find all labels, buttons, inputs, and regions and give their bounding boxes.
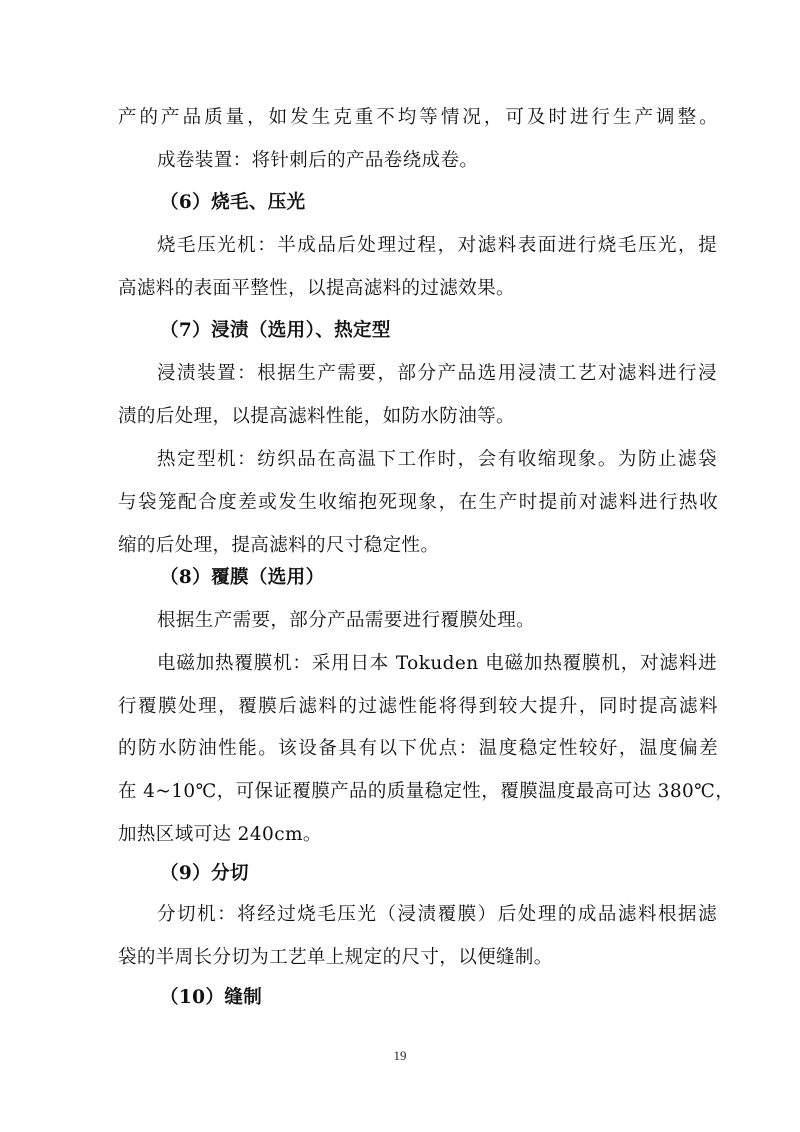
text-line: 与袋笼配合度差或发生收缩抱死现象，在生产时提前对滤料进行热收 [118, 491, 718, 515]
text-line: 电磁加热覆膜机：采用日本 Tokuden 电磁加热覆膜机，对滤料进 [157, 652, 717, 676]
text-line: 行覆膜处理，覆膜后滤料的过滤性能将得到较大提升，同时提高滤料 [118, 695, 718, 719]
text-line: 热定型机：纺织品在高温下工作时，会有收缩现象。为防止滤袋 [157, 448, 717, 472]
section-heading: （8）覆膜（选用） [160, 566, 800, 590]
section-heading: （10）缝制 [160, 986, 800, 1010]
text-line: 产的产品质量，如发生克重不均等情况，可及时进行生产调整。 [118, 106, 718, 130]
text-line: 根据生产需要，部分产品需要进行覆膜处理。 [157, 609, 717, 633]
text-line: 的防水防油性能。该设备具有以下优点：温度稳定性较好，温度偏差 [118, 737, 718, 761]
document-page: 产的产品质量，如发生克重不均等情况，可及时进行生产调整。 成卷装置：将针刺后的产… [0, 0, 800, 1132]
text-line: 浸渍装置：根据生产需要，部分产品选用浸渍工艺对滤料进行浸 [157, 362, 717, 386]
text-line: 加热区域可达 240cm。 [118, 823, 718, 847]
text-line: 渍的后处理，以提高滤料性能，如防水防油等。 [118, 405, 718, 429]
section-heading: （7）浸渍（选用）、热定型 [160, 319, 800, 343]
text-line: 烧毛压光机：半成品后处理过程，对滤料表面进行烧毛压光，提 [157, 234, 717, 258]
text-line: 成卷装置：将针刺后的产品卷绕成卷。 [157, 149, 717, 173]
text-line: 高滤料的表面平整性，以提高滤料的过滤效果。 [118, 277, 718, 301]
page-number: 19 [0, 1048, 800, 1064]
section-heading: （9）分切 [160, 862, 800, 886]
text-line: 分切机：将经过烧毛压光（浸渍覆膜）后处理的成品滤料根据滤 [157, 903, 717, 927]
text-line: 缩的后处理，提高滤料的尺寸稳定性。 [118, 534, 718, 558]
section-heading: （6）烧毛、压光 [160, 191, 800, 215]
text-line: 在 4~10℃，可保证覆膜产品的质量稳定性，覆膜温度最高可达 380℃， [118, 780, 718, 804]
text-line: 袋的半周长分切为工艺单上规定的尺寸，以便缝制。 [118, 946, 718, 970]
